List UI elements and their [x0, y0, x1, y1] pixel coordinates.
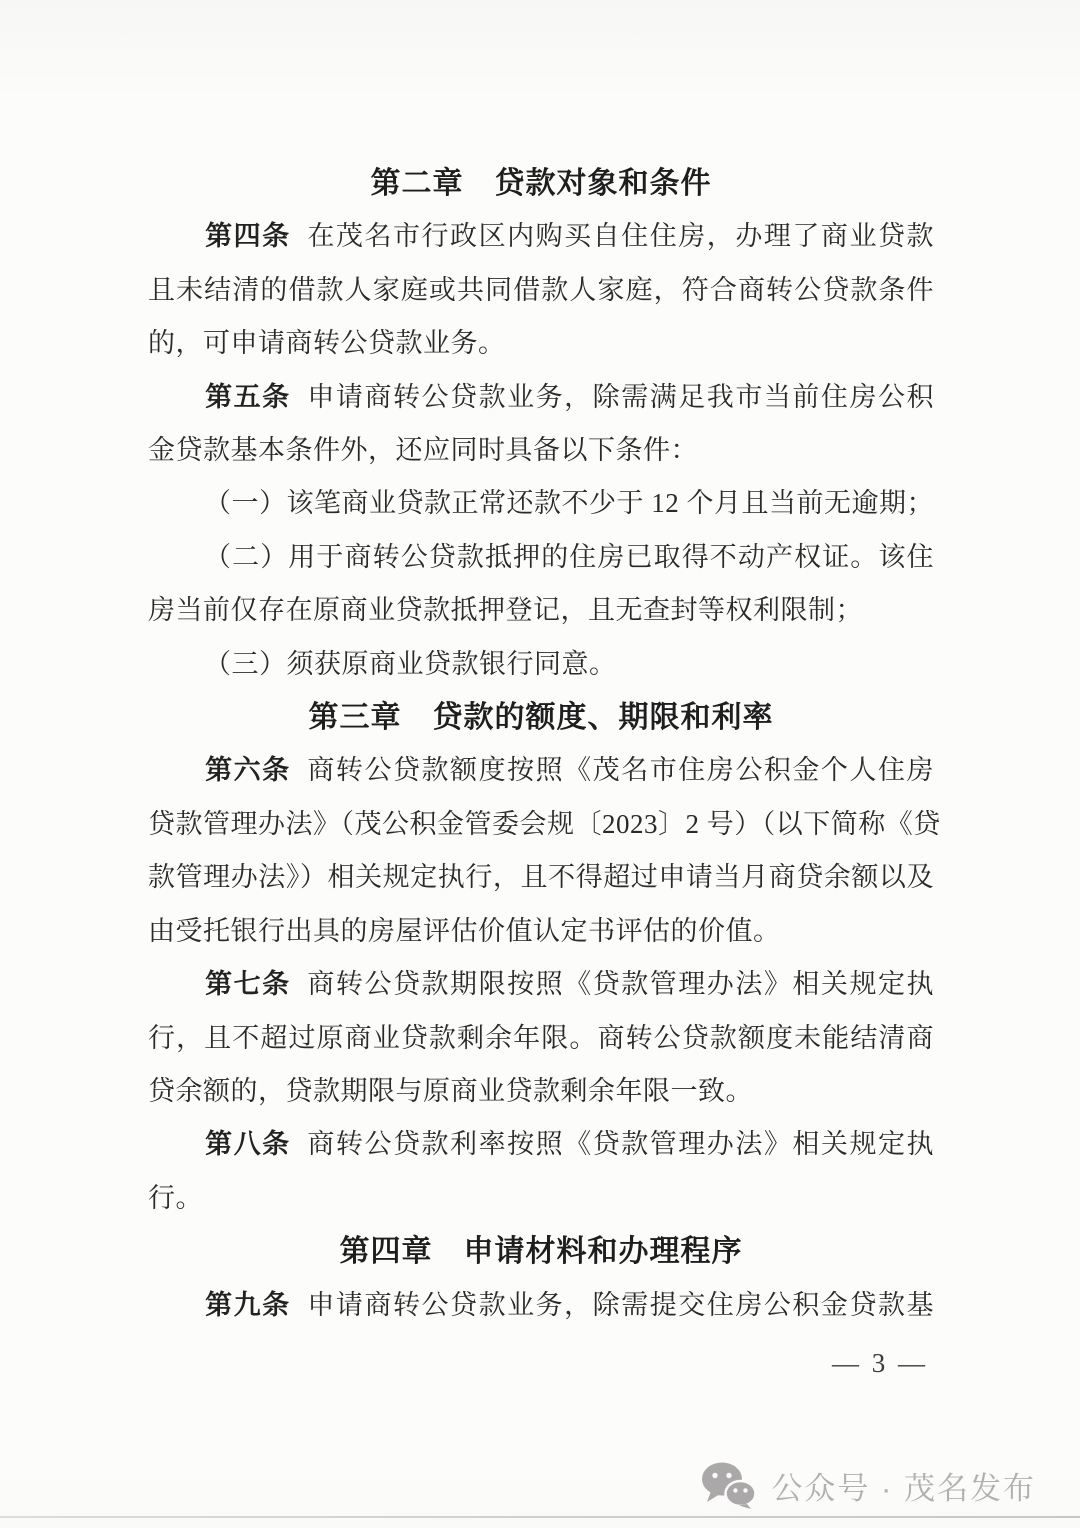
- article-number-label: 第六条: [205, 755, 291, 785]
- article-number-label: 第四条: [205, 221, 291, 251]
- text-line: 第六条商转公贷款额度按照《茂名市住房公积金个人住房: [148, 744, 934, 797]
- text-line: 的，可申请商转公贷款业务。: [148, 317, 934, 370]
- text-line: 第七条商转公贷款期限按照《贷款管理办法》相关规定执: [148, 958, 934, 1011]
- article-number-label: 第五条: [205, 382, 291, 412]
- chapter-heading: 第三章 贷款的额度、期限和利率: [148, 691, 934, 744]
- text-line: 房当前仅存在原商业贷款抵押登记，且无查封等权利限制；: [148, 584, 934, 637]
- text-line-content: 由受托银行出具的房屋评估价值认定书评估的价值。: [148, 916, 781, 946]
- article-number-label: 第八条: [205, 1129, 291, 1159]
- text-line: 第八条商转公贷款利率按照《贷款管理办法》相关规定执: [148, 1118, 934, 1171]
- article-number-label: 第九条: [205, 1290, 291, 1320]
- text-line-content: 金贷款基本条件外，还应同时具备以下条件：: [148, 435, 698, 465]
- document-page: 第二章 贷款对象和条件 第四条在茂名市行政区内购买自住住房，办理了商业贷款且未结…: [0, 0, 1080, 1528]
- text-line-content: 商转公贷款期限按照《贷款管理办法》相关规定执: [307, 969, 934, 999]
- text-line-content: 申请商转公贷款业务，除需提交住房公积金贷款基: [307, 1290, 934, 1320]
- text-line: 行。: [148, 1172, 934, 1225]
- text-line: 贷余额的，贷款期限与原商业贷款剩余年限一致。: [148, 1065, 934, 1118]
- text-line: 第四条在茂名市行政区内购买自住住房，办理了商业贷款: [148, 210, 934, 263]
- text-line: （三）须获原商业贷款银行同意。: [148, 638, 934, 691]
- text-line: （二）用于商转公贷款抵押的住房已取得不动产权证。该住: [148, 531, 934, 584]
- text-line: 行，且不超过原商业贷款剩余年限。商转公贷款额度未能结清商: [148, 1012, 934, 1065]
- text-line: （一）该笔商业贷款正常还款不少于 12 个月且当前无逾期；: [148, 477, 934, 530]
- text-line-content: 贷余额的，贷款期限与原商业贷款剩余年限一致。: [148, 1076, 753, 1106]
- text-line-content: 贷款管理办法》（茂公积金管委会规〔2023〕2 号）（以下简称《贷: [148, 809, 941, 839]
- text-line-content: （三）须获原商业贷款银行同意。: [204, 649, 617, 679]
- article-number-label: 第七条: [205, 969, 291, 999]
- text-line-content: 商转公贷款利率按照《贷款管理办法》相关规定执: [307, 1129, 934, 1159]
- wechat-icon: [701, 1461, 757, 1509]
- text-line-content: 房当前仅存在原商业贷款抵押登记，且无查封等权利限制；: [148, 595, 863, 625]
- chapter-heading: 第四章 申请材料和办理程序: [148, 1225, 934, 1278]
- footer-divider: [0, 1516, 1080, 1518]
- wechat-watermark-label: 公众号 · 茂名发布: [771, 1463, 1036, 1508]
- text-line-content: （一）该笔商业贷款正常还款不少于 12 个月且当前无逾期；: [204, 488, 934, 518]
- text-line: 且未结清的借款人家庭或共同借款人家庭，符合商转公贷款条件: [148, 264, 934, 317]
- page-number: — 3 —: [832, 1348, 928, 1379]
- text-line-content: 商转公贷款额度按照《茂名市住房公积金个人住房: [307, 755, 934, 785]
- text-line-content: 行，且不超过原商业贷款剩余年限。商转公贷款额度未能结清商: [148, 1023, 934, 1053]
- text-line: 由受托银行出具的房屋评估价值认定书评估的价值。: [148, 905, 934, 958]
- text-line: 贷款管理办法》（茂公积金管委会规〔2023〕2 号）（以下简称《贷: [148, 798, 934, 851]
- text-line-content: 在茂名市行政区内购买自住住房，办理了商业贷款: [307, 221, 934, 251]
- text-line: 第五条申请商转公贷款业务，除需满足我市当前住房公积: [148, 371, 934, 424]
- text-line-content: 行。: [148, 1183, 203, 1213]
- document-body: 第二章 贷款对象和条件 第四条在茂名市行政区内购买自住住房，办理了商业贷款且未结…: [148, 157, 934, 1332]
- wechat-watermark: 公众号 · 茂名发布: [701, 1461, 1036, 1509]
- text-line: 金贷款基本条件外，还应同时具备以下条件：: [148, 424, 934, 477]
- text-line-content: 款管理办法》）相关规定执行，且不得超过申请当月商贷余额以及: [148, 862, 934, 892]
- text-line-content: 的，可申请商转公贷款业务。: [148, 328, 506, 358]
- text-line-content: 申请商转公贷款业务，除需满足我市当前住房公积: [307, 382, 934, 412]
- text-line-content: （二）用于商转公贷款抵押的住房已取得不动产权证。该住: [204, 542, 934, 572]
- text-line: 款管理办法》）相关规定执行，且不得超过申请当月商贷余额以及: [148, 851, 934, 904]
- text-line: 第九条申请商转公贷款业务，除需提交住房公积金贷款基: [148, 1279, 934, 1332]
- text-line-content: 且未结清的借款人家庭或共同借款人家庭，符合商转公贷款条件: [148, 275, 934, 305]
- chapter-heading: 第二章 贷款对象和条件: [148, 157, 934, 210]
